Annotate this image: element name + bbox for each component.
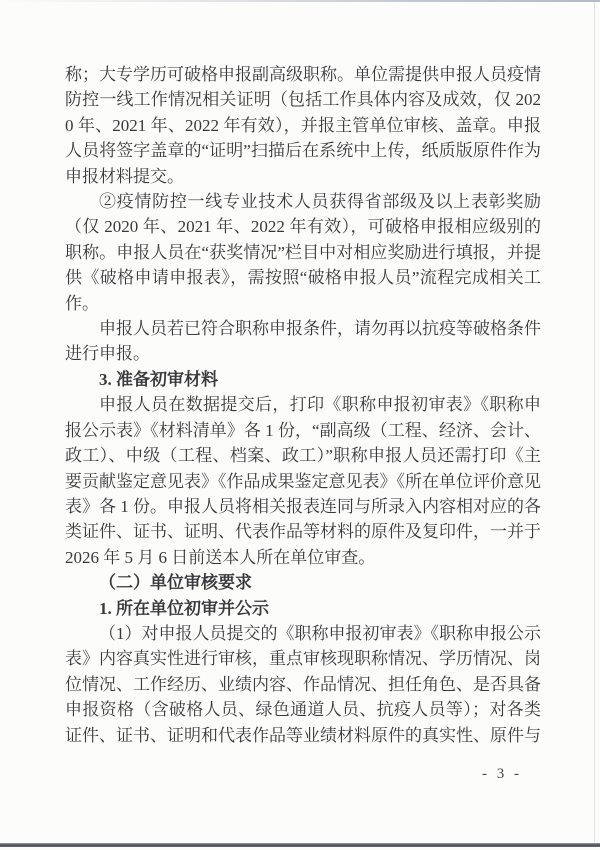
body-paragraph: ②疫情防控一线专业技术人员获得省部级及以上表彰奖励（仅 2020 年、2021 … — [65, 189, 541, 316]
scanned-page: 称；大专学历可破格申报副高级职称。单位需提供申报人员疫情防控一线工作情况相关证明… — [0, 0, 600, 850]
scan-artifact-top-edge — [0, 0, 600, 2]
section-heading: 1. 所在单位初审并公示 — [65, 596, 541, 621]
document-content: 称；大专学历可破格申报副高级职称。单位需提供申报人员疫情防控一线工作情况相关证明… — [65, 62, 541, 748]
section-heading: 3. 准备初审材料 — [65, 367, 541, 392]
scan-artifact-bottom-edge — [0, 843, 600, 847]
section-heading: （二）单位审核要求 — [65, 570, 541, 595]
scan-artifact-right-edge — [594, 2, 595, 842]
body-paragraph: 称；大专学历可破格申报副高级职称。单位需提供申报人员疫情防控一线工作情况相关证明… — [65, 62, 541, 189]
body-paragraph: （1）对申报人员提交的《职称申报初审表》《职称申报公示表》内容真实性进行审核，重… — [65, 621, 541, 748]
page-number: - 3 - — [482, 766, 542, 783]
body-paragraph: 申报人员若已符合职称申报条件，请勿再以抗疫等破格条件进行申报。 — [65, 316, 541, 367]
body-paragraph: 申报人员在数据提交后，打印《职称申报初审表》《职称申报公示表》《材料清单》各 1… — [65, 392, 541, 570]
